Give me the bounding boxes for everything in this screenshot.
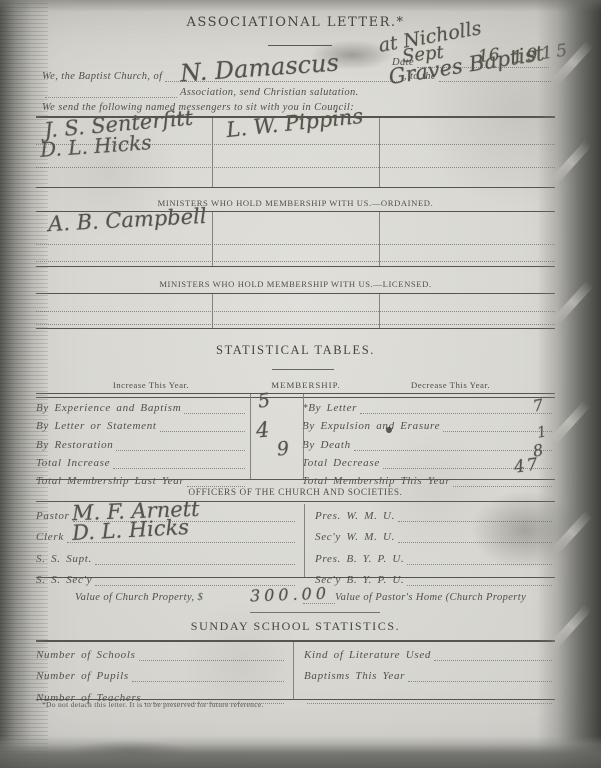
fill-line — [434, 657, 552, 661]
sunday-school-rule — [250, 612, 380, 613]
church-property-label: Value of Church Property, $ — [75, 592, 203, 603]
sunday-school-table: Number of Schools Number of Pupils Numbe… — [36, 640, 555, 700]
scan-edge-top — [0, 0, 601, 12]
licensed-column-divider-2 — [379, 294, 380, 328]
officers-right-column: Pres. W. M. U. Sec'y W. M. U. Pres. B. Y… — [305, 504, 555, 577]
fill-line — [307, 700, 552, 704]
scanned-document-page: ASSOCIATIONAL LETTER.* at Nicholls Date … — [0, 0, 601, 768]
fill-line — [116, 447, 245, 451]
statistics-column-headers: Increase This Year. MEMBERSHIP. Decrease… — [36, 380, 555, 390]
handwritten-stat-total-membership: 47 — [513, 454, 541, 477]
statistics-center-divider-left — [250, 394, 251, 479]
stat-label: By Death — [302, 439, 351, 451]
statistics-body: By Experience and Baptism *By Letter By … — [36, 398, 555, 489]
fill-line — [398, 539, 552, 543]
officer-label: Pres. W. M. U. — [315, 510, 395, 522]
ordained-column-divider-1 — [212, 212, 213, 266]
officer-label: Pres. B. Y. P. U. — [315, 553, 404, 565]
stat-label: Total Membership Last Year — [36, 475, 184, 487]
licensed-column-divider-1 — [212, 294, 213, 328]
page-edge-highlight — [550, 140, 591, 185]
stat-label: *By Letter — [302, 402, 357, 414]
col-membership: MEMBERSHIP. — [266, 380, 346, 390]
stat-label: Total Decrease — [302, 457, 380, 469]
fill-line — [95, 561, 295, 565]
fill-line — [184, 410, 245, 414]
officer-label: Clerk — [36, 531, 64, 543]
stat-row: By Letter or Statement By Expulsion and … — [36, 416, 555, 434]
fill-line — [113, 465, 245, 469]
salutation-line: Association, send Christian salutation. — [42, 87, 442, 98]
salutation-label: Association, send Christian salutation. — [180, 87, 359, 98]
sunday-school-label: Number of Pupils — [36, 670, 129, 682]
statistics-center-divider-right — [303, 394, 304, 479]
licensed-heading: MINISTERS WHO HOLD MEMBERSHIP WITH US.—L… — [36, 279, 555, 289]
licensed-table — [36, 293, 555, 329]
fill-line — [407, 582, 552, 586]
fill-line — [139, 657, 284, 661]
sunday-school-label: Baptisms This Year — [304, 670, 405, 682]
stat-row: By Restoration By Death — [36, 434, 555, 452]
sunday-school-label: Kind of Literature Used — [304, 649, 431, 661]
sunday-school-right-column: Kind of Literature Used Baptisms This Ye… — [294, 642, 555, 699]
fill-line — [132, 678, 284, 682]
fill-line — [408, 678, 552, 682]
officer-label: S. S. Sec'y — [36, 574, 92, 586]
fill-line — [360, 410, 552, 414]
messengers-column-divider-2 — [379, 118, 380, 187]
fill-line — [187, 483, 245, 487]
licensed-row-2 — [36, 312, 555, 325]
footnote: *Do not detach this letter. It is to be … — [42, 700, 264, 709]
fill-line — [407, 561, 552, 565]
stat-label: Total Membership This Year — [302, 475, 450, 487]
sunday-school-label: Number of Schools — [36, 649, 136, 661]
fill-line — [398, 518, 552, 522]
sunday-school-left-column: Number of Schools Number of Pupils Numbe… — [36, 642, 294, 699]
page-edge-highlight — [551, 510, 592, 555]
stat-label: By Expulsion and Erasure — [302, 420, 440, 432]
bottom-smear — [70, 740, 190, 762]
handwritten-stat-restoration: 4 — [255, 417, 270, 442]
ordained-heading: MINISTERS WHO HOLD MEMBERSHIP WITH US.—O… — [36, 198, 555, 208]
page-edge-highlight — [549, 400, 590, 445]
col-decrease: Decrease This Year. — [346, 380, 555, 390]
fill-line — [354, 447, 552, 451]
stat-label: Total Increase — [36, 457, 110, 469]
officer-label: Sec'y W. M. U. — [315, 531, 395, 543]
page-edge-highlight — [552, 280, 593, 325]
fill-line — [453, 483, 552, 487]
handwritten-property-value: 300.00 — [250, 584, 331, 606]
statistics-rule — [272, 369, 334, 370]
licensed-row-1 — [36, 294, 555, 312]
officer-label: Pastor — [36, 510, 70, 522]
stat-label: By Experience and Baptism — [36, 402, 181, 414]
title-rule — [268, 45, 332, 46]
messengers-column-divider-1 — [212, 118, 213, 187]
stat-row: Total Increase Total Decrease — [36, 453, 555, 471]
officer-label: S. S. Supt. — [36, 553, 92, 565]
stat-row: By Experience and Baptism *By Letter — [36, 398, 555, 416]
ordained-column-divider-2 — [379, 212, 380, 266]
page-edge-highlight — [550, 604, 591, 649]
salutation-fill-line — [45, 94, 177, 98]
church-intro-label: We, the Baptist Church, of — [42, 71, 162, 82]
statistics-bottom-rule — [36, 479, 555, 480]
col-increase: Increase This Year. — [36, 380, 266, 390]
scan-edge-bottom — [0, 736, 601, 768]
fill-line — [160, 428, 245, 432]
ordained-row-2 — [36, 245, 555, 262]
handwritten-stat-total-increase: 9 — [276, 437, 290, 460]
stat-label: By Restoration — [36, 439, 113, 451]
officers-heading: OFFICERS OF THE CHURCH AND SOCIETIES. — [36, 488, 555, 498]
statistics-heading: STATISTICAL TABLES. — [36, 343, 555, 358]
sunday-school-heading: SUNDAY SCHOOL STATISTICS. — [36, 619, 555, 634]
pastor-home-label: Value of Pastor's Home (Church Property — [335, 592, 526, 603]
stat-label: By Letter or Statement — [36, 420, 157, 432]
